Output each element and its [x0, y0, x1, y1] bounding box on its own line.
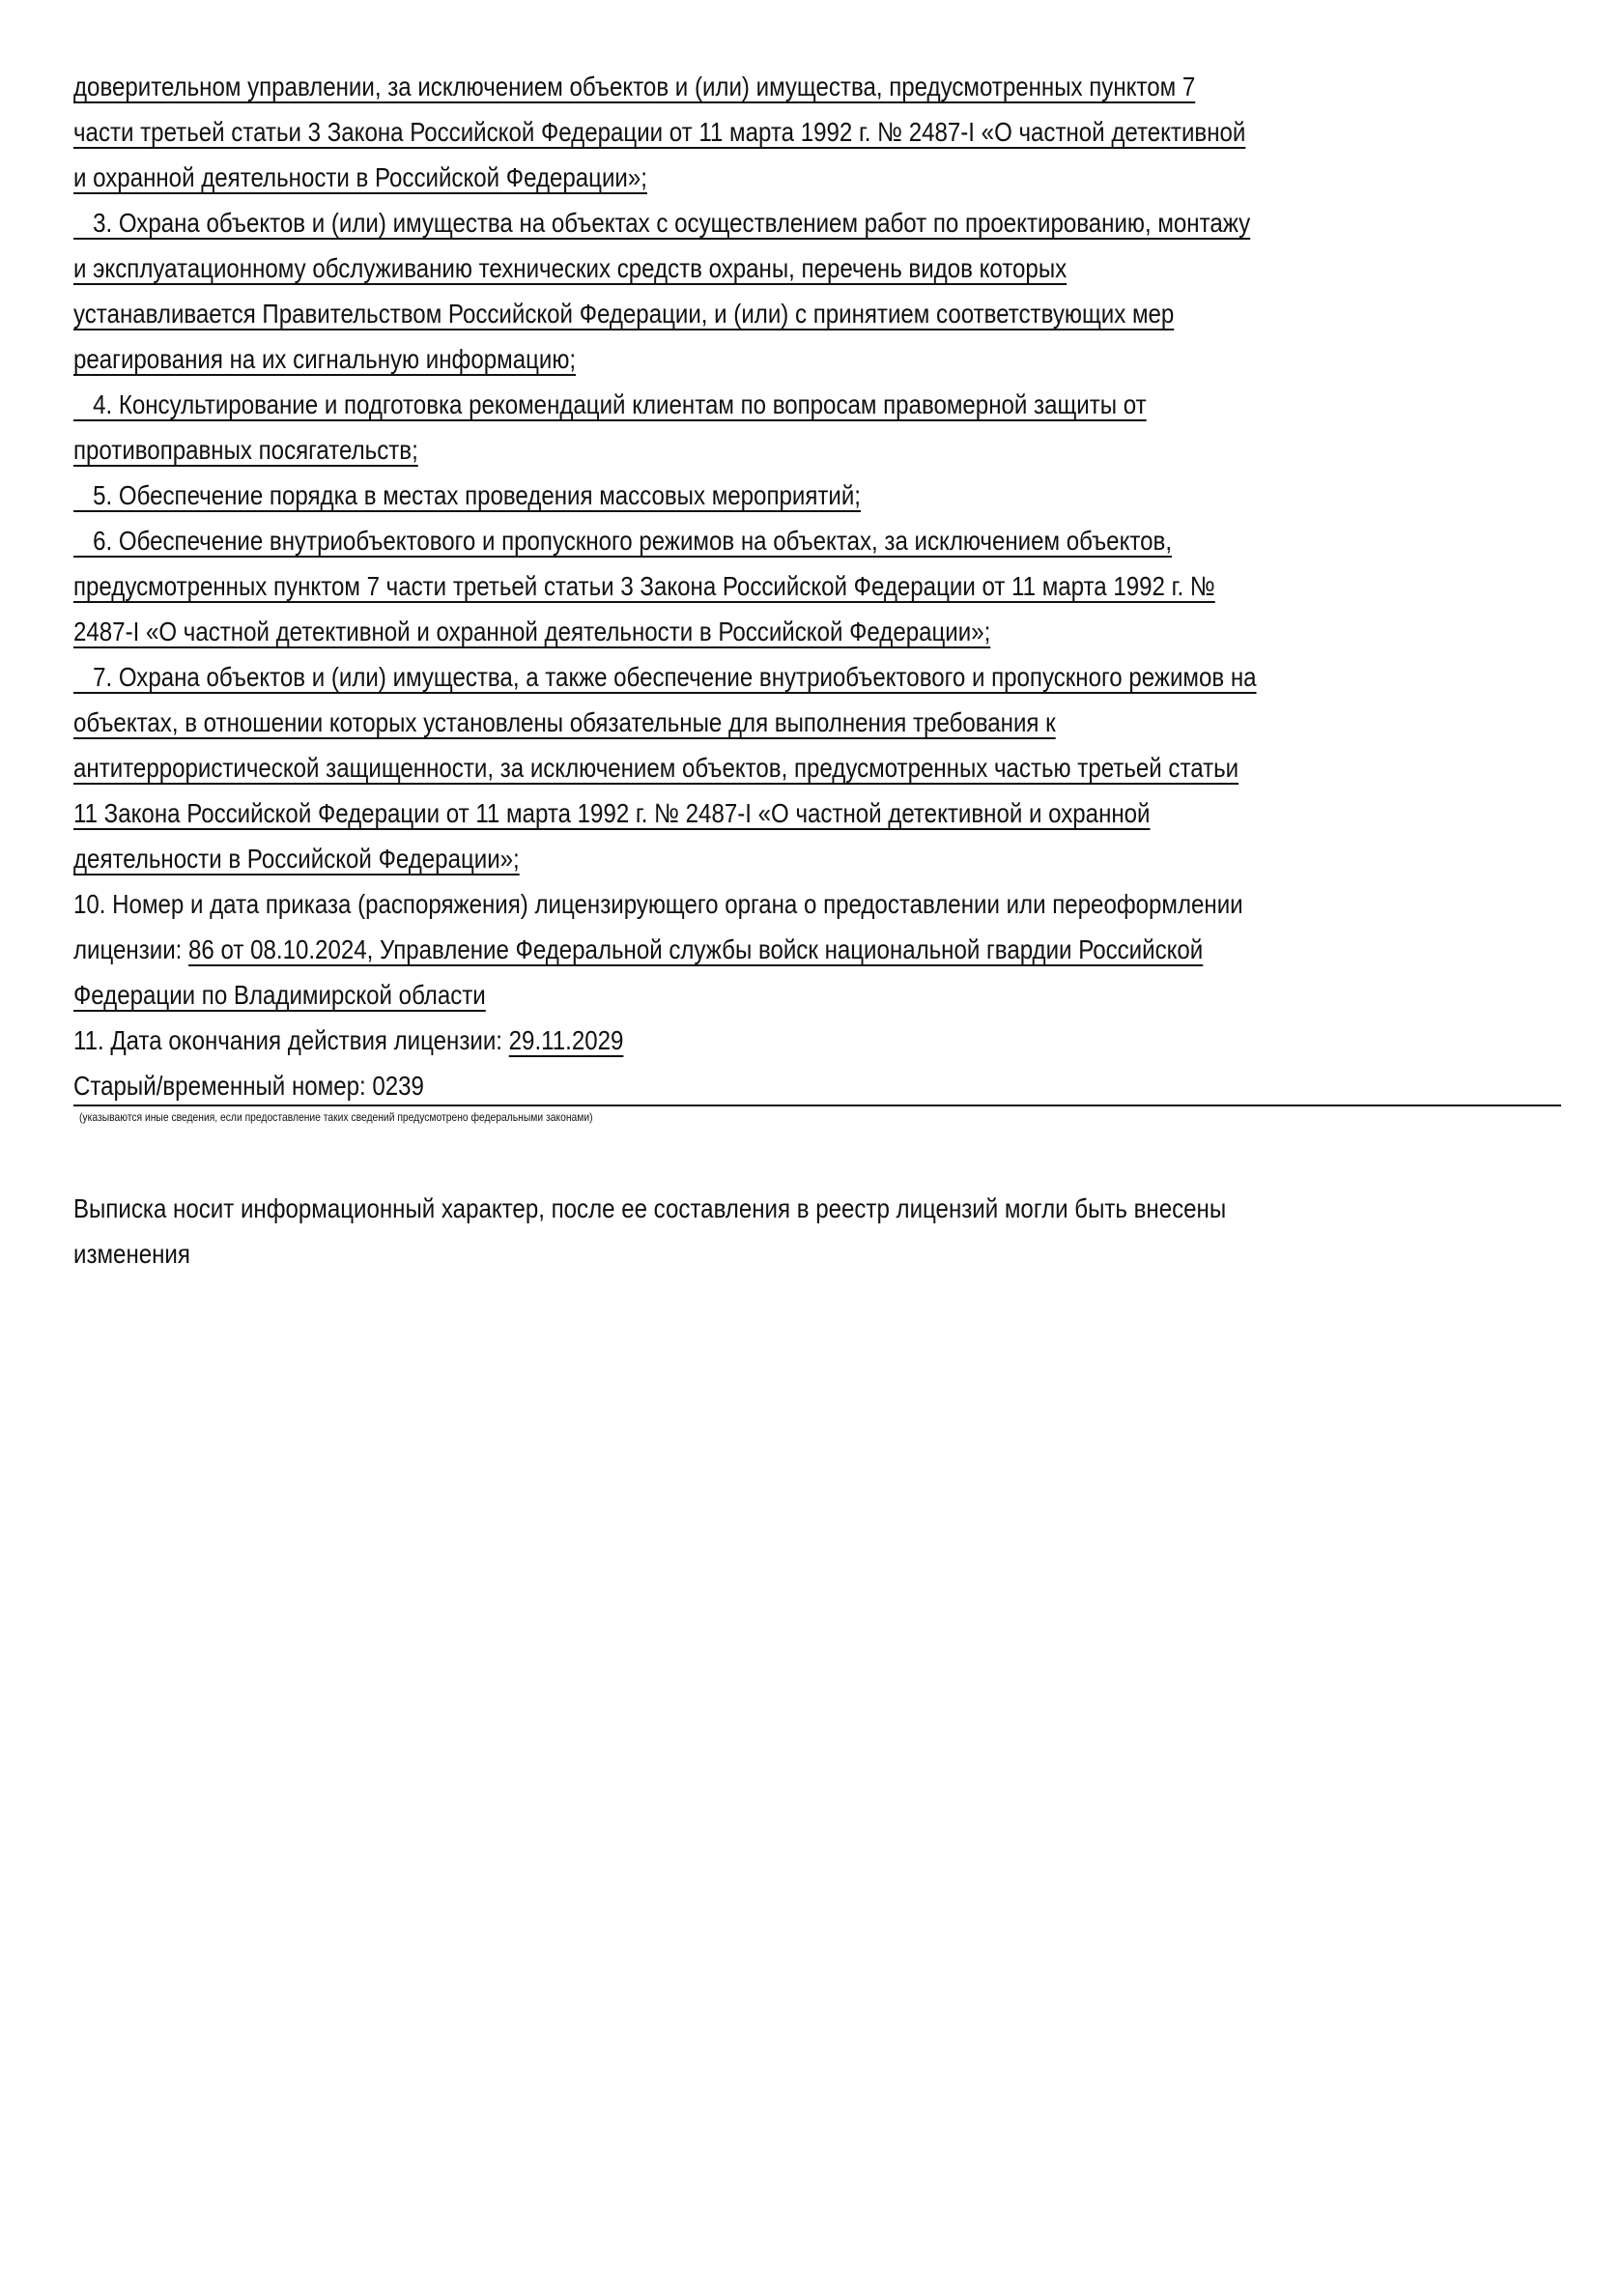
field-value: объектах, в отношении которых установлен…: [73, 707, 1056, 737]
document-line: объектах, в отношении которых установлен…: [73, 700, 1561, 745]
document-line: предусмотренных пунктом 7 части третьей …: [73, 563, 1561, 609]
document-line: 5. Обеспечение порядка в местах проведен…: [73, 473, 1561, 518]
field-label: 11. Дата окончания действия лицензии:: [73, 1025, 509, 1055]
field-label: 10. Номер и дата приказа (распоряжения) …: [73, 889, 1243, 919]
document-line: 10. Номер и дата приказа (распоряжения) …: [73, 881, 1561, 927]
field-value: 6. Обеспечение внутриобъектового и пропу…: [73, 526, 1172, 556]
field-value: устанавливается Правительством Российско…: [73, 299, 1174, 329]
disclaimer-notice: Выписка носит информационный характер, п…: [73, 1186, 1561, 1277]
document-line: Федерации по Владимирской области: [73, 972, 1561, 1018]
field-value: 7. Охрана объектов и (или) имущества, а …: [73, 662, 1257, 692]
document-line: лицензии: 86 от 08.10.2024, Управление Ф…: [73, 927, 1561, 972]
notice-line: изменения: [73, 1231, 1561, 1277]
field-value: Федерации по Владимирской области: [73, 980, 486, 1010]
document-line: 3. Охрана объектов и (или) имущества на …: [73, 200, 1561, 245]
field-value: 11 Закона Российской Федерации от 11 мар…: [73, 798, 1151, 828]
field-value: 5. Обеспечение порядка в местах проведен…: [73, 480, 861, 510]
document-line: и охранной деятельности в Российской Фед…: [73, 155, 1561, 200]
document-line: 11. Дата окончания действия лицензии: 29…: [73, 1018, 1561, 1063]
field-value: и эксплуатационному обслуживанию техниче…: [73, 253, 1067, 283]
document-line: реагирования на их сигнальную информацию…: [73, 336, 1561, 382]
field-value: 4. Консультирование и подготовка рекомен…: [73, 389, 1147, 419]
field-value: 86 от 08.10.2024, Управление Федеральной…: [188, 934, 1203, 964]
document-line: 4. Консультирование и подготовка рекомен…: [73, 382, 1561, 427]
document-line: Старый/временный номер: 0239: [73, 1063, 1561, 1108]
field-value: реагирования на их сигнальную информацию…: [73, 344, 576, 374]
field-value: 2487-I «О частной детективной и охранной…: [73, 617, 990, 646]
document-line: 7. Охрана объектов и (или) имущества, а …: [73, 654, 1561, 700]
field-label: лицензии:: [73, 934, 188, 964]
document-line: части третьей статьи 3 Закона Российской…: [73, 109, 1561, 155]
field-value: части третьей статьи 3 Закона Российской…: [73, 117, 1245, 147]
document-line: противоправных посягательств;: [73, 427, 1561, 473]
field-value: противоправных посягательств;: [73, 435, 418, 465]
other-info-caption: (указываются иные сведения, если предост…: [79, 1110, 676, 1124]
document-line: 6. Обеспечение внутриобъектового и пропу…: [73, 518, 1561, 563]
document-line: доверительном управлении, за исключением…: [73, 64, 1561, 109]
document-page: доверительном управлении, за исключением…: [73, 64, 1561, 1108]
field-value: деятельности в Российской Федерации»;: [73, 844, 520, 874]
field-value: и охранной деятельности в Российской Фед…: [73, 162, 647, 192]
notice-line: Выписка носит информационный характер, п…: [73, 1186, 1561, 1231]
document-line: 2487-I «О частной детективной и охранной…: [73, 609, 1561, 654]
document-line: антитеррористической защищенности, за ис…: [73, 745, 1561, 790]
field-value: антитеррористической защищенности, за ис…: [73, 753, 1239, 783]
document-line: 11 Закона Российской Федерации от 11 мар…: [73, 790, 1561, 836]
field-value: доверительном управлении, за исключением…: [73, 72, 1195, 101]
other-info-underline: [73, 1105, 1561, 1106]
field-value: 3. Охрана объектов и (или) имущества на …: [73, 208, 1250, 238]
document-line: устанавливается Правительством Российско…: [73, 291, 1561, 336]
field-label: Старый/временный номер: 0239: [73, 1071, 424, 1101]
document-line: и эксплуатационному обслуживанию техниче…: [73, 245, 1561, 291]
document-line: деятельности в Российской Федерации»;: [73, 836, 1561, 881]
license-details-text: доверительном управлении, за исключением…: [73, 64, 1561, 1108]
field-value: 29.11.2029: [509, 1025, 624, 1055]
field-value: предусмотренных пунктом 7 части третьей …: [73, 571, 1215, 601]
